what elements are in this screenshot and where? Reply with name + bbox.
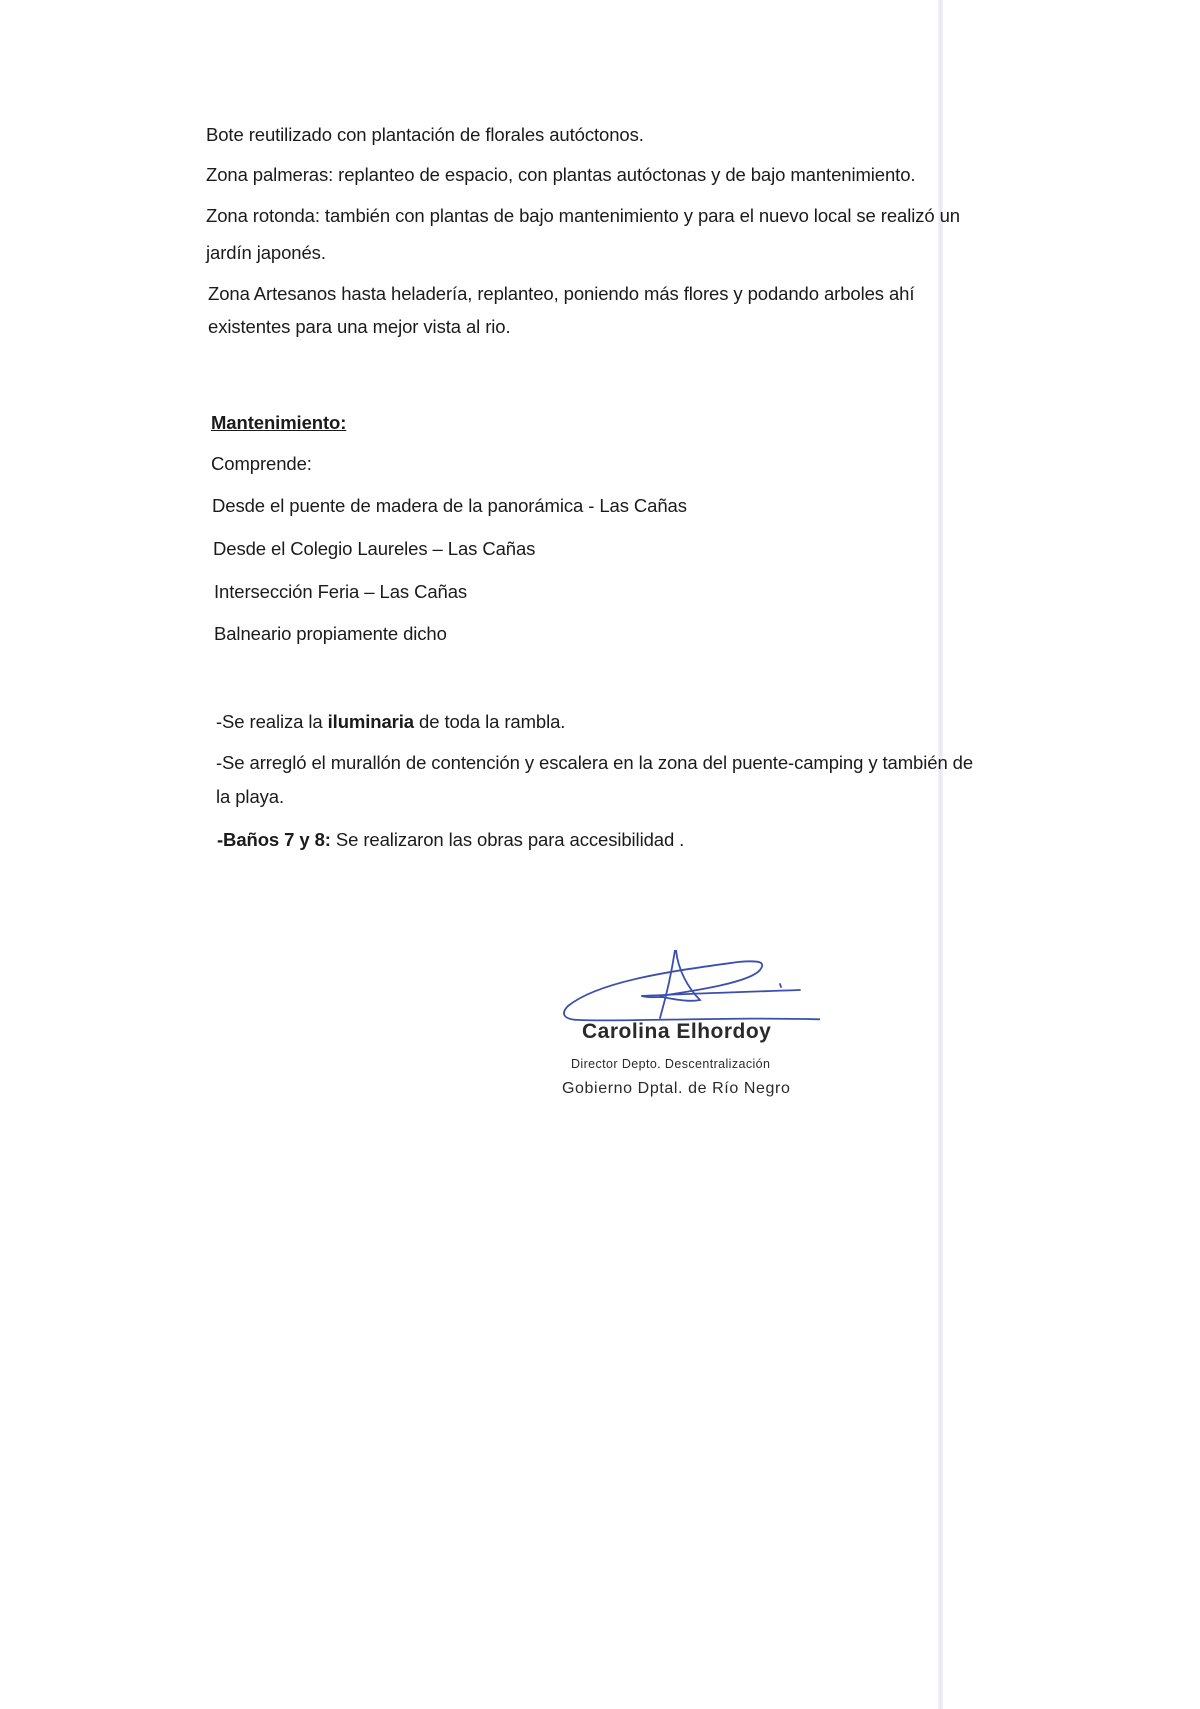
paragraph-zona-rotonda: Zona rotonda: también con plantas de baj…: [206, 198, 960, 234]
note-wall: -Se arregló el murallón de contención y …: [216, 745, 973, 781]
paragraph-zona-palmeras: Zona palmeras: replanteo de espacio, con…: [206, 157, 915, 193]
paragraph-bote: Bote reutilizado con plantación de flora…: [206, 117, 644, 153]
note-lighting: -Se realiza la iluminaria de toda la ram…: [216, 704, 565, 740]
scanner-artifact-line: [938, 0, 943, 1709]
paragraph-zona-artesanos-cont: existentes para una mejor vista al rio.: [208, 309, 511, 345]
note-lighting-bold: iluminaria: [328, 711, 414, 732]
signature-title: Director Depto. Descentralización: [571, 1057, 770, 1071]
note-wall-cont: la playa.: [216, 779, 284, 815]
note-baths: -Baños 7 y 8: Se realizaron las obras pa…: [217, 822, 684, 858]
signature-name: Carolina Elhordoy: [582, 1020, 771, 1044]
maintenance-heading: Mantenimiento:: [211, 405, 346, 441]
signature-scribble-icon: [560, 950, 820, 1030]
note-baths-text: Se realizaron las obras para accesibilid…: [331, 829, 684, 850]
maintenance-item: Intersección Feria – Las Cañas: [214, 574, 467, 610]
paragraph-zona-artesanos: Zona Artesanos hasta heladería, replante…: [208, 276, 914, 312]
paragraph-zona-rotonda-cont: jardín japonés.: [206, 235, 326, 271]
maintenance-item: Balneario propiamente dicho: [214, 616, 447, 652]
note-lighting-prefix: -Se realiza la: [216, 711, 328, 732]
note-baths-bold: -Baños 7 y 8:: [217, 829, 331, 850]
maintenance-item: Desde el puente de madera de la panorámi…: [212, 488, 687, 524]
maintenance-item: Desde el Colegio Laureles – Las Cañas: [213, 531, 535, 567]
signature-organization: Gobierno Dptal. de Río Negro: [562, 1080, 790, 1098]
note-lighting-suffix: de toda la rambla.: [414, 711, 565, 732]
maintenance-intro: Comprende:: [211, 446, 312, 482]
